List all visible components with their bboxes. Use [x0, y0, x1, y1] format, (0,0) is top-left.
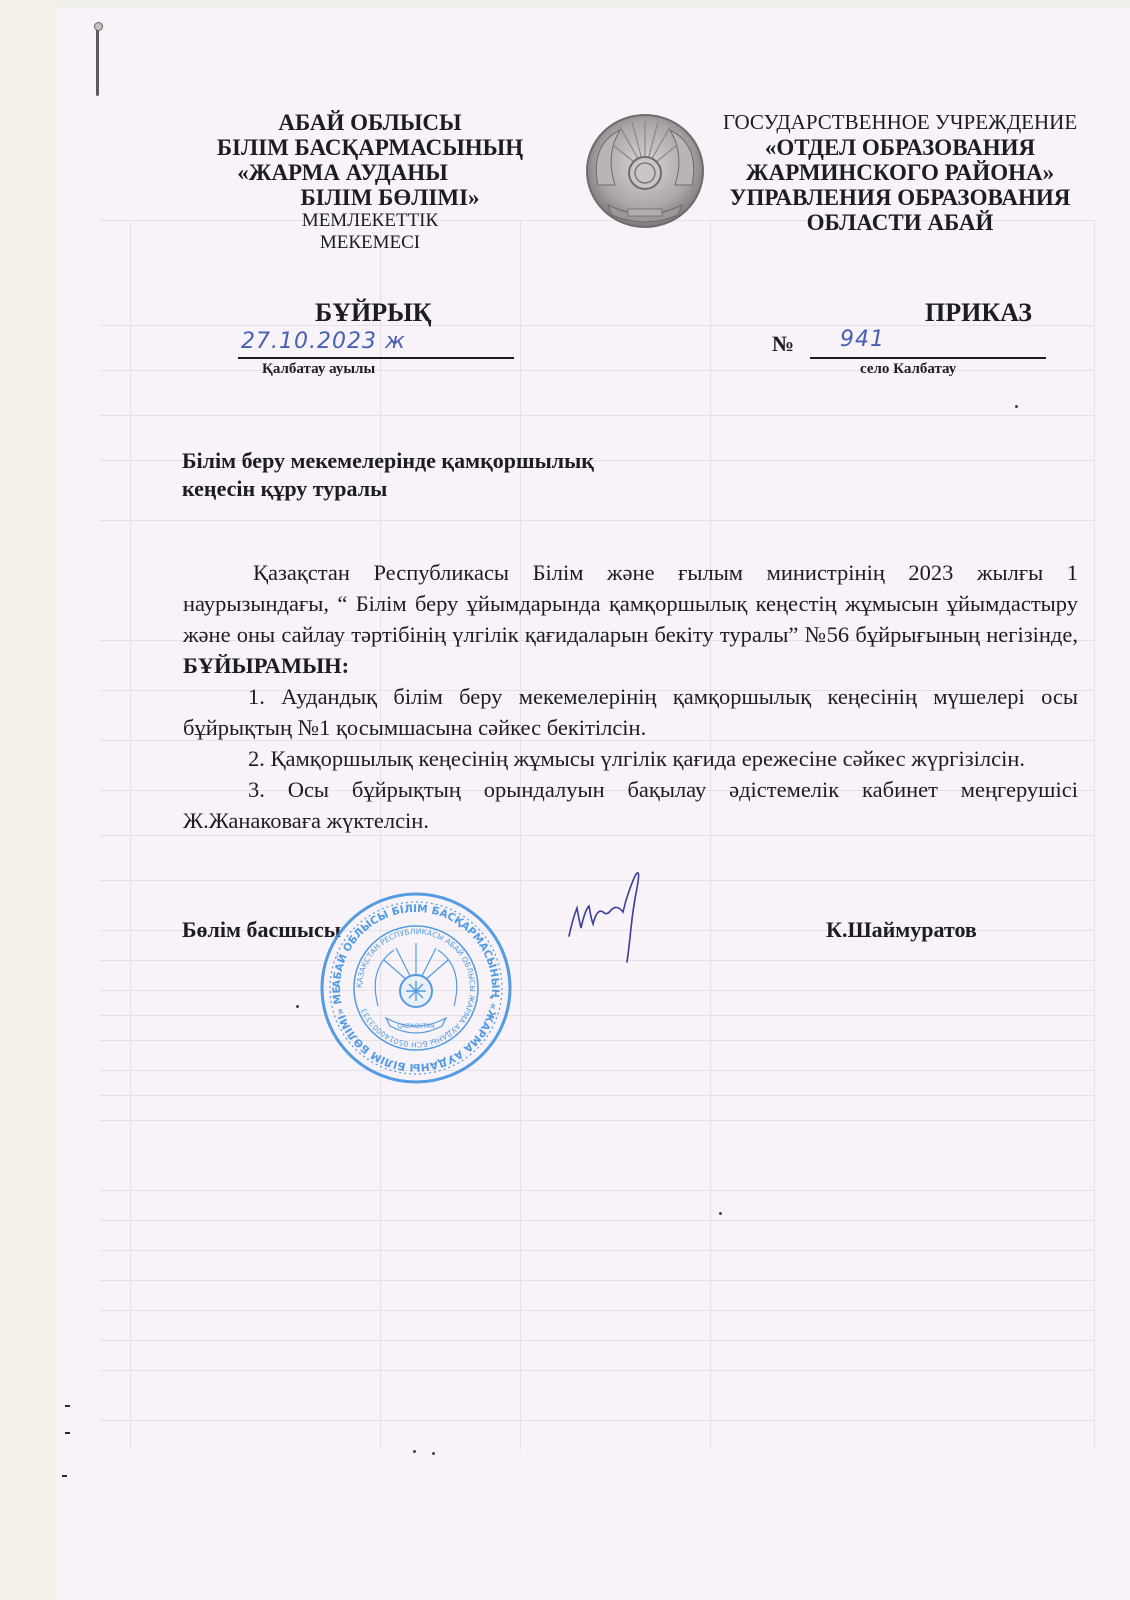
svg-text:QAZAQSTAN: QAZAQSTAN: [397, 1023, 434, 1030]
order-body: Қазақстан Республикасы Білім және ғылым …: [183, 557, 1078, 836]
header-kk-line: АБАЙ ОБЛЫСЫ: [180, 110, 560, 135]
order-number-handwritten: 941: [840, 327, 885, 352]
header-kk-line: МЕКЕМЕСІ: [180, 232, 560, 254]
preamble-paragraph: Қазақстан Республикасы Білім және ғылым …: [183, 557, 1078, 681]
header-russian: ГОСУДАРСТВЕННОЕ УЧРЕЖДЕНИЕ «ОТДЕЛ ОБРАЗО…: [700, 110, 1100, 235]
scan-left-margin: [0, 0, 56, 1600]
scan-speck: [432, 1452, 435, 1455]
staple-icon: [96, 26, 99, 96]
header-kk-line: МЕМЛЕКЕТТІК: [180, 210, 560, 232]
signatory-name: К.Шаймуратов: [826, 917, 977, 943]
header-ru-line: «ОТДЕЛ ОБРАЗОВАНИЯ: [700, 135, 1100, 160]
subject-line: кеңесін құру туралы: [182, 475, 594, 503]
official-stamp-icon: АБАЙ ОБЛЫСЫ БІЛІМ БАСҚАРМАСЫНЫҢ «ЖАРМА А…: [316, 888, 516, 1088]
order-title-ru: ПРИКАЗ: [925, 298, 1032, 328]
order-number-field: 941: [810, 331, 1046, 359]
order-date-handwritten: 27.10.2023 ж: [241, 329, 406, 354]
order-date-field: 27.10.2023 ж: [238, 331, 514, 359]
state-emblem-icon: [580, 105, 710, 235]
header-ru-line: ЖАРМИНСКОГО РАЙОНА»: [700, 160, 1100, 185]
scan-top-edge: [0, 0, 1130, 8]
order-point: 2. Қамқоршылық кеңесінің жұмысы үлгілік …: [183, 743, 1078, 774]
order-subject: Білім беру мекемелерінде қамқоршылық кең…: [182, 447, 594, 503]
header-ru-line: ОБЛАСТИ АБАЙ: [700, 210, 1100, 235]
header-kazakh: АБАЙ ОБЛЫСЫ БІЛІМ БАСҚАРМАСЫНЫҢ «ЖАРМА А…: [180, 110, 560, 254]
header-kk-line: БІЛІМ БАСҚАРМАСЫНЫҢ: [180, 135, 560, 160]
edge-mark: [65, 1405, 70, 1407]
scan-speck: [719, 1212, 722, 1215]
order-title-kk: БҰЙРЫҚ: [315, 298, 431, 328]
header-ru-line: ГОСУДАРСТВЕННОЕ УЧРЕЖДЕНИЕ: [700, 110, 1100, 135]
handwritten-signature-icon: [565, 868, 665, 968]
order-point: 1. Аудандық білім беру мекемелерінің қам…: [183, 681, 1078, 743]
scan-speck: [1015, 405, 1018, 408]
edge-mark: [65, 1432, 70, 1434]
preamble-text: Қазақстан Республикасы Білім және ғылым …: [183, 560, 1078, 647]
place-kk: Қалбатау ауылы: [262, 361, 375, 378]
scan-speck: [413, 1450, 416, 1453]
order-point: 3. Осы бұйрықтың орындалуын бақылау әдіс…: [183, 774, 1078, 836]
header-kk-line: БІЛІМ БӨЛІМІ»: [180, 185, 560, 210]
order-number-label: №: [772, 331, 794, 357]
header-kk-line: «ЖАРМА АУДАНЫ: [180, 160, 560, 185]
place-ru: село Калбатау: [860, 361, 956, 378]
edge-mark: [62, 1475, 67, 1477]
header-ru-line: УПРАВЛЕНИЯ ОБРАЗОВАНИЯ: [700, 185, 1100, 210]
subject-line: Білім беру мекемелерінде қамқоршылық: [182, 447, 594, 475]
scan-speck: [296, 1005, 299, 1008]
command-word: БҰЙЫРАМЫН:: [183, 653, 349, 678]
